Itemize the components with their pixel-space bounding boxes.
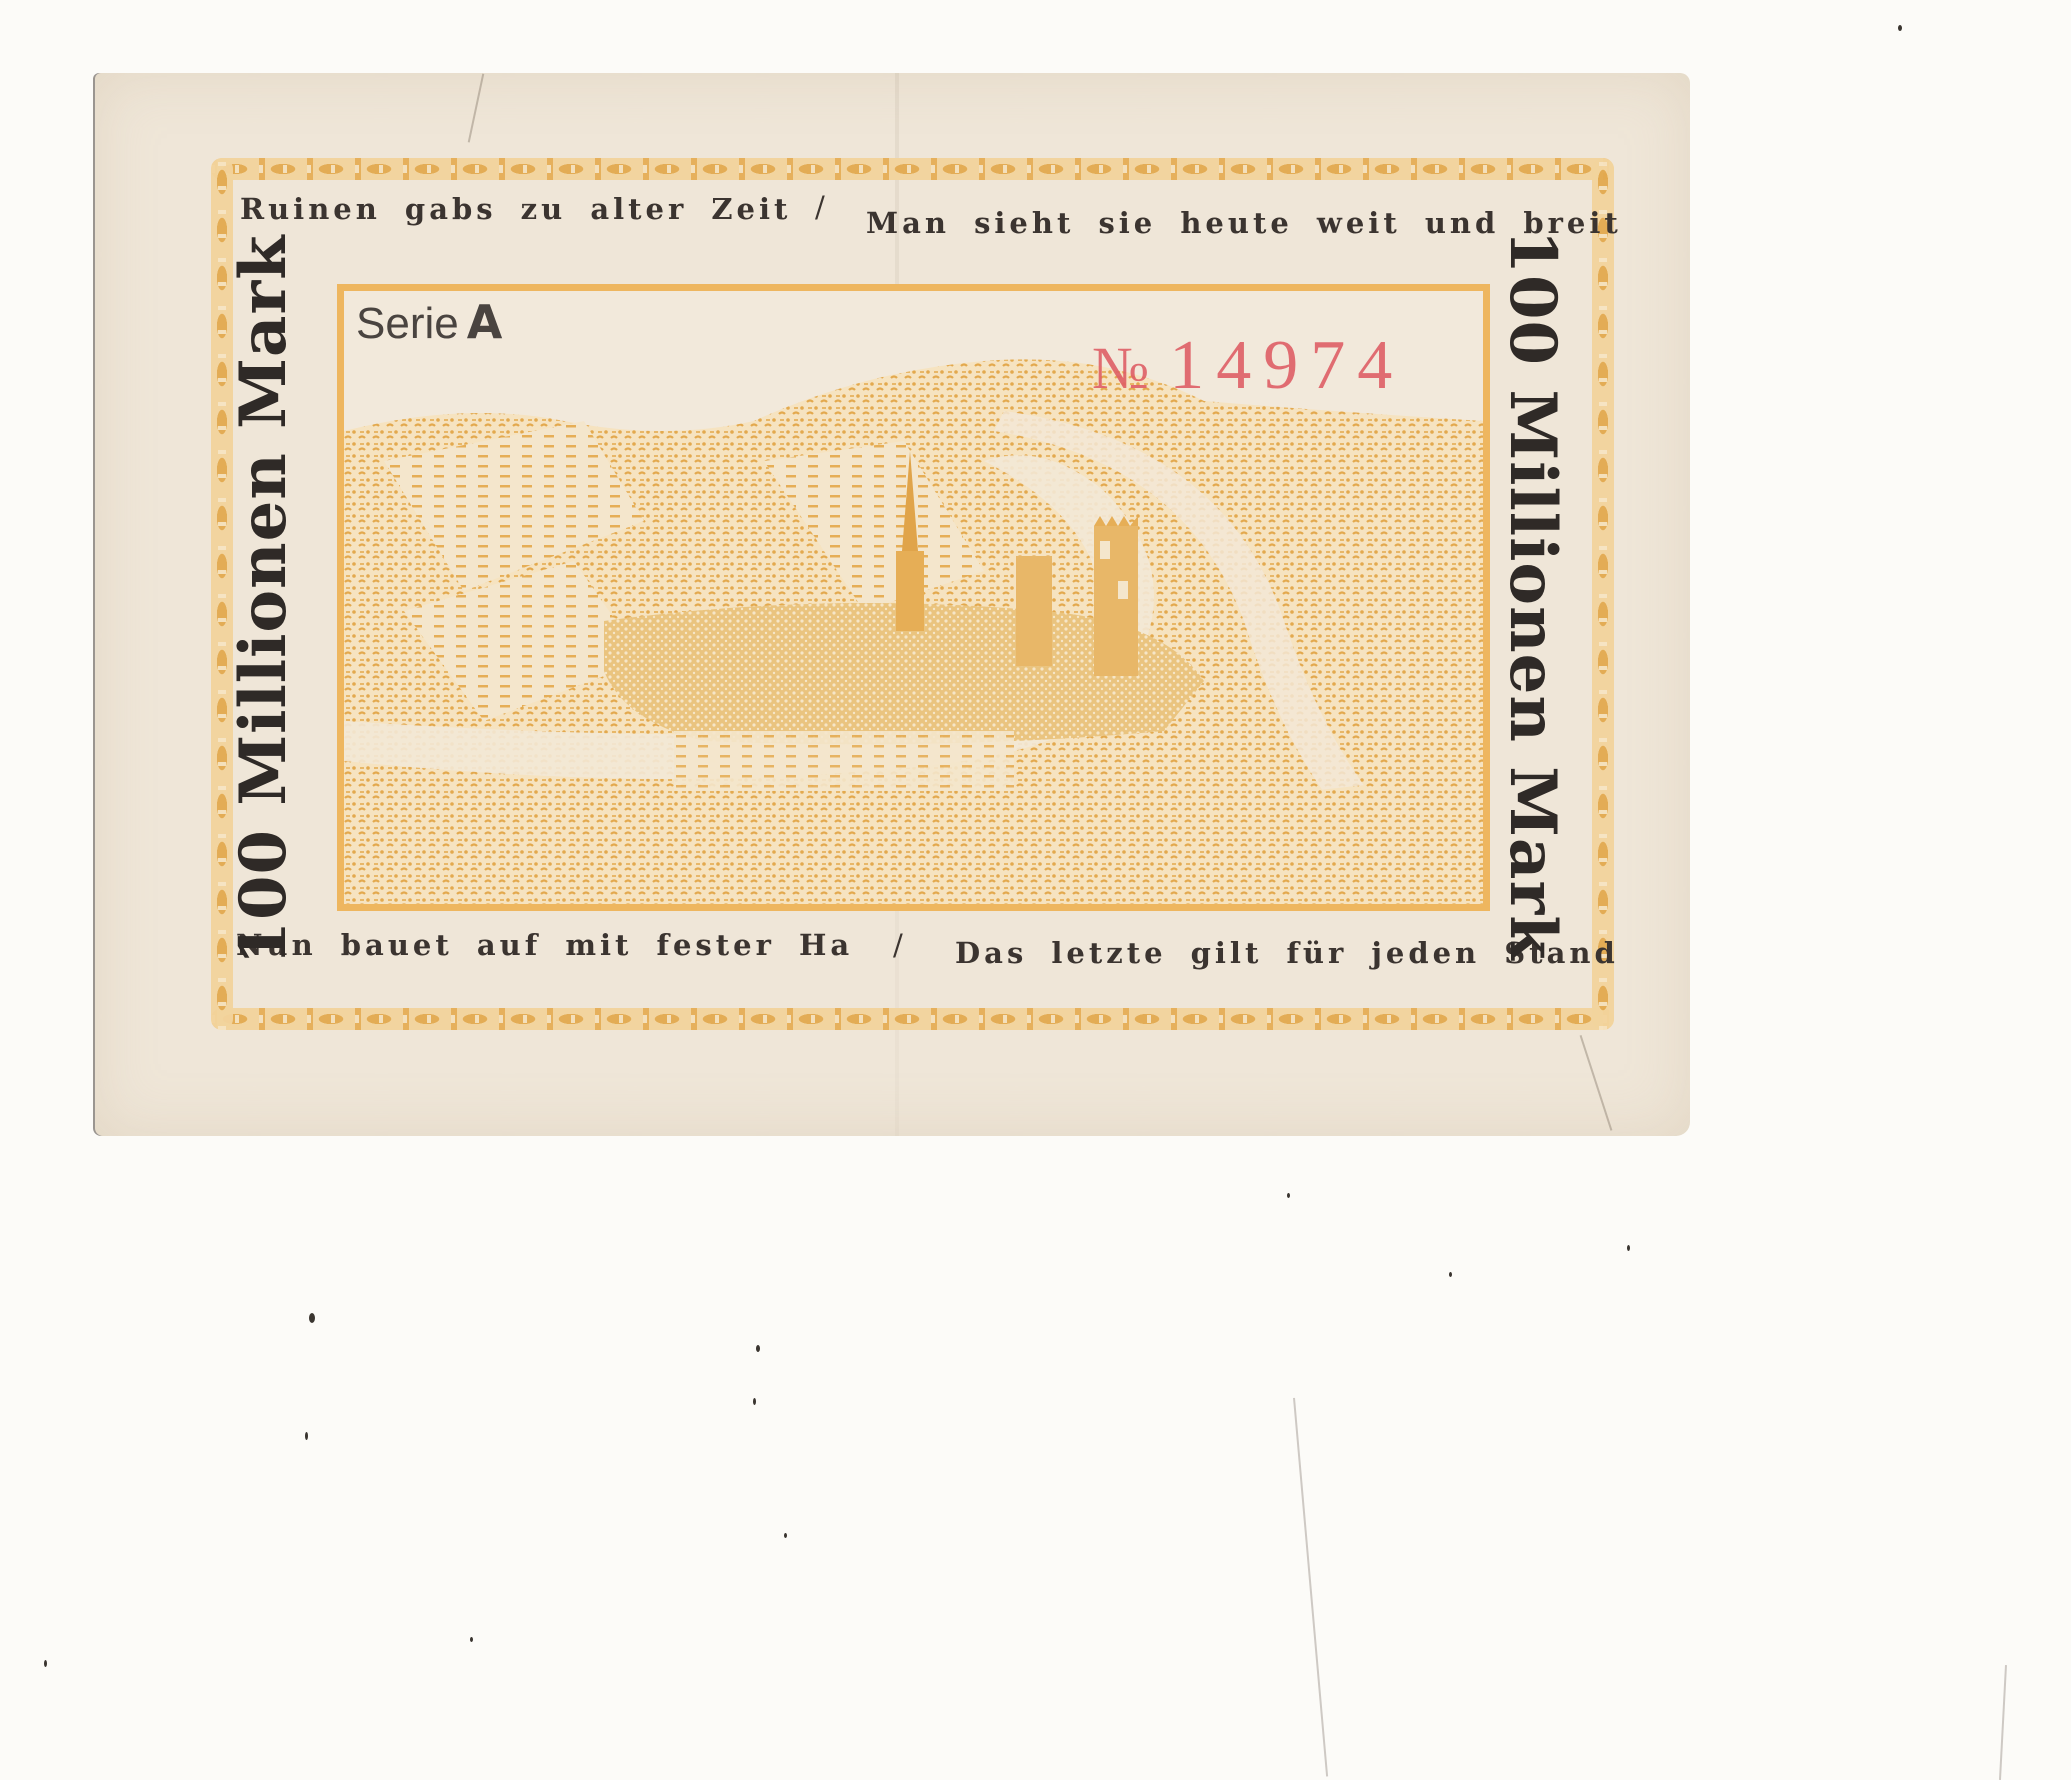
denomination-left: 100 Millionen Mark [232, 234, 296, 965]
dust-speck [305, 1432, 308, 1440]
dust-speck [470, 1637, 473, 1642]
series-letter: A [467, 295, 503, 349]
dust-speck [756, 1345, 760, 1352]
serial-digits: 14974 [1169, 327, 1404, 404]
verse-top-left: Ruinen gabs zu alter Zeit [240, 192, 791, 226]
serial-number: №14974 [1092, 326, 1404, 406]
dust-speck [1449, 1272, 1452, 1277]
ornamental-border-top [211, 158, 1614, 180]
series-label: SerieA [356, 295, 502, 349]
ornamental-border-bottom [211, 1008, 1614, 1030]
verse-separator-top: / [815, 190, 829, 224]
verse-separator-bottom: / [893, 928, 907, 962]
dust-speck [309, 1313, 315, 1323]
dust-speck [784, 1533, 787, 1538]
dust-speck [1627, 1245, 1630, 1251]
paper-crease [1580, 1035, 1612, 1131]
series-word: Serie [356, 299, 459, 348]
dust-speck [753, 1398, 756, 1405]
dust-speck [1898, 25, 1902, 31]
ornamental-border-right [1592, 158, 1614, 1030]
scan-scratch [1293, 1398, 1328, 1777]
dust-speck [44, 1660, 47, 1667]
paper-crease [468, 74, 484, 143]
verse-bottom-left: Nun bauet auf mit fester Ha [236, 928, 853, 962]
scan-scratch [1999, 1665, 2007, 1780]
numero-sign: № [1092, 335, 1151, 401]
dust-speck [1287, 1193, 1290, 1198]
denomination-right: 100 Millionen Mark [1500, 229, 1564, 960]
